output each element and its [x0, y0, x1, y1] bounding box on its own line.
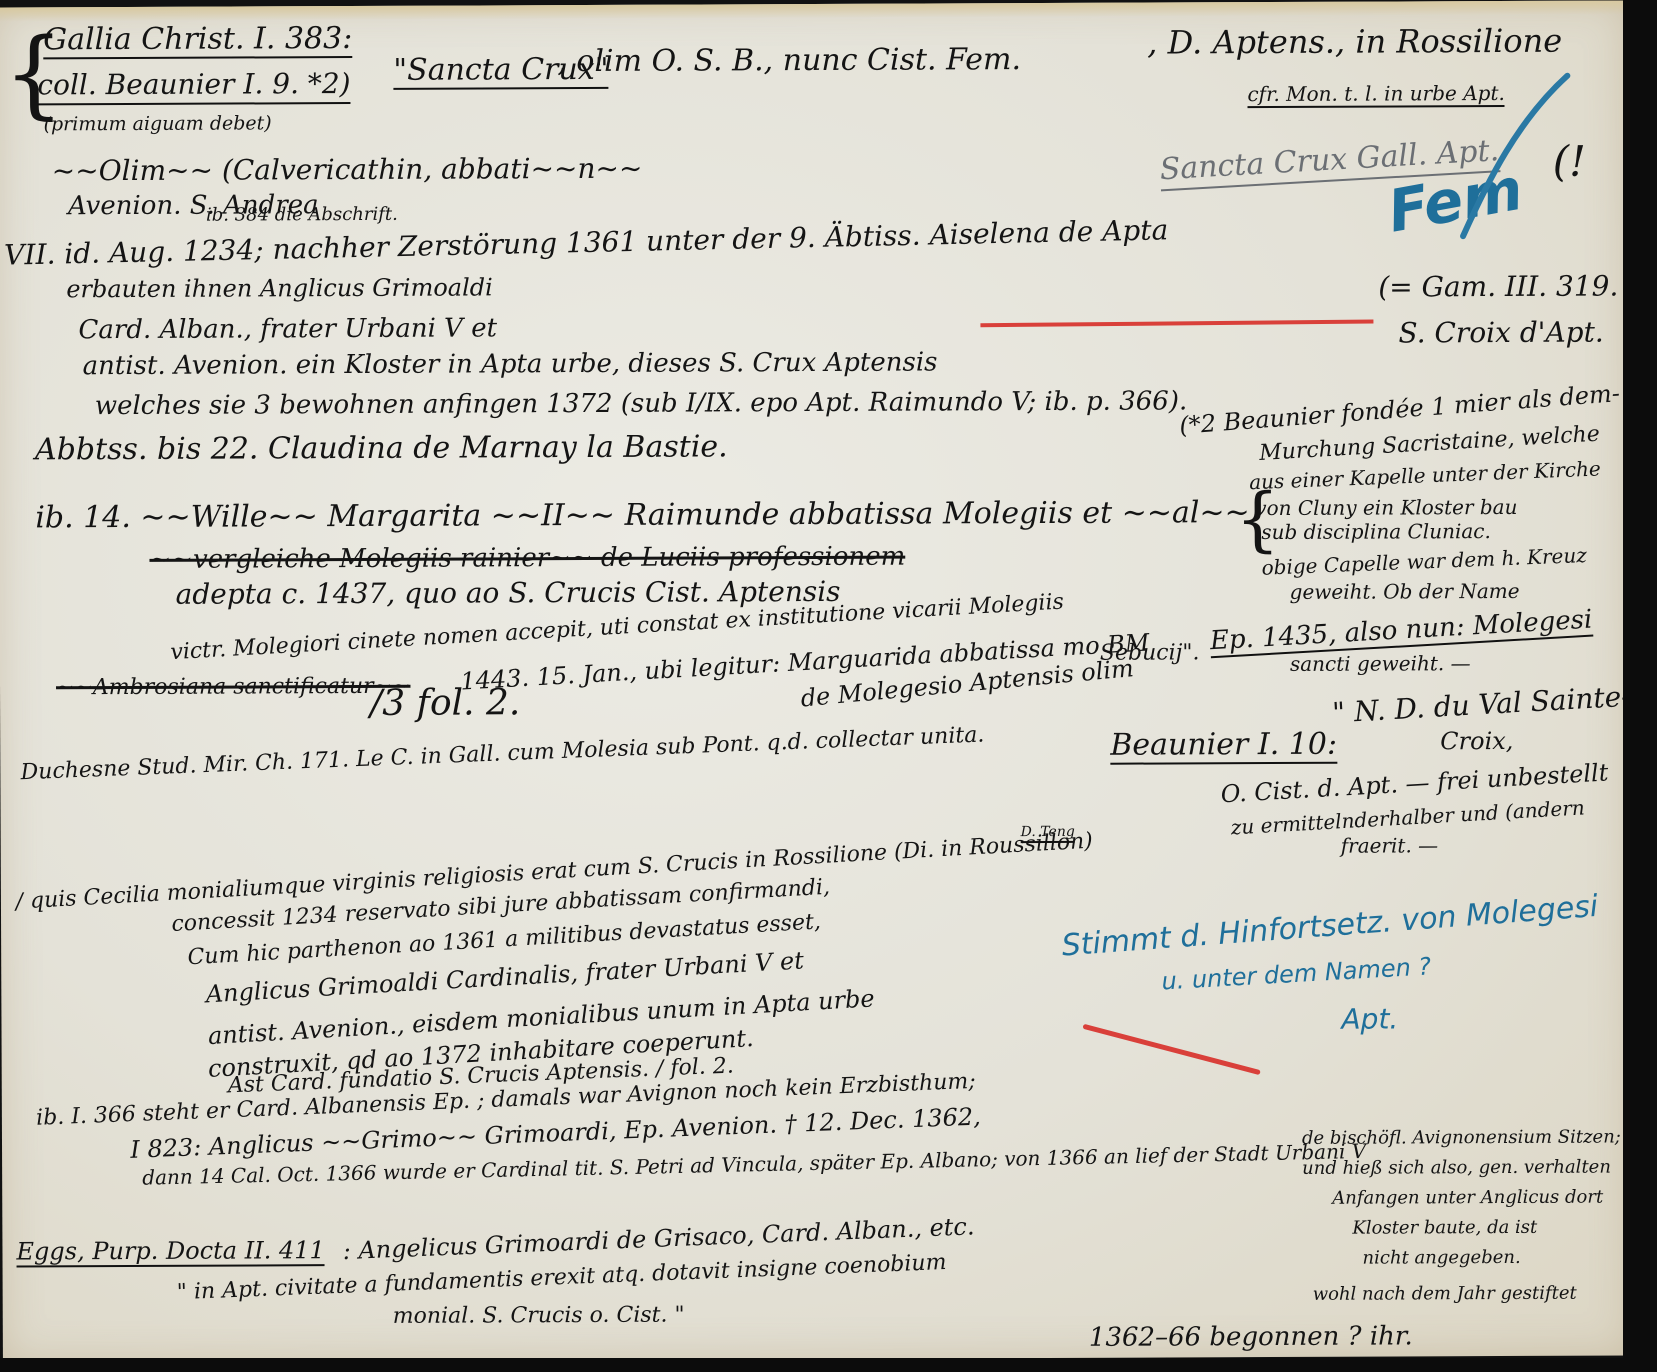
erbauten-line: erbauten ihnen Anglicus Grimoaldi: [66, 275, 493, 301]
duchesne-line: Duchesne Stud. Mir. Ch. 171. Le C. in Ga…: [20, 724, 984, 784]
primum-note: (primum aiguam debet): [44, 114, 272, 134]
adepta-1437-line: adepta c. 1437, quo ao S. Crucis Cist. A…: [176, 578, 841, 609]
struck-molegiis-line: ~~vergleiche Molegiis rainier~~ de Lucii…: [149, 544, 905, 573]
date-1362-66-note: 1362–66 begonnen ? ihr.: [1089, 1323, 1413, 1350]
croix-line: Croix,: [1440, 729, 1513, 753]
blue-note-line-2: u. unter dem Namen ?: [1161, 954, 1432, 993]
title-location: , D. Aptens., in Rossilione: [1147, 25, 1562, 59]
scan-edge-bottom: [0, 1358, 1657, 1372]
d-teng-tag: D. Teng: [1021, 825, 1075, 843]
abbess-claudina-line: Abbtss. bis 22. Claudina de Marnay la Ba…: [35, 432, 728, 465]
right-bottom-line-3: Anfangen unter Anglicus dort: [1332, 1189, 1603, 1208]
gam-319-note: (= Gam. III. 319.: [1378, 272, 1618, 301]
right-note-line-5: obige Capelle war dem h. Kreuz: [1261, 545, 1587, 578]
blue-note-text-1: Stimmt d. Hinfortsetz. von Molegesi: [1060, 889, 1599, 964]
antist-avenion-line: antist. Avenion. ein Kloster in Apta urb…: [83, 349, 938, 379]
scan-edge-right: [1623, 0, 1657, 1372]
eggs-ref: Eggs, Purp. Docta II. 411: [16, 1238, 324, 1267]
date-note-tail: ihr.: [1370, 1321, 1413, 1351]
right-note-line-6: geweiht. Ob der Name: [1290, 581, 1520, 602]
blue-note-line-1: Stimmt d. Hinfortsetz. von Molegesi: [1061, 892, 1599, 962]
right-note-line-8: sancti geweiht. —: [1290, 653, 1471, 674]
title-order: , olim O. S. B., nunc Cist. Fem.: [557, 45, 1021, 77]
aug-1234-line: VII. id. Aug. 1234; nachher Zerstörung 1…: [4, 216, 1169, 269]
bracket-mark: (!: [1553, 141, 1586, 183]
right-bottom-line-4: Kloster baute, da ist: [1352, 1219, 1537, 1238]
right-bottom-line-2: und hieß sich also, gen. verhalten: [1302, 1159, 1611, 1178]
fol-2-ref: /3 fol. 2.: [370, 685, 520, 722]
beaunier-ref-text: coll. Beaunier I. 9. *2): [37, 67, 350, 105]
right-note-line-4: sub disciplina Cluniac.: [1261, 521, 1491, 542]
beaunier-i-10-ref: Beaunier I. 10:: [1110, 730, 1337, 765]
right-note-line-3: von Cluny ein Kloster bau: [1255, 497, 1517, 518]
manuscript-page: { Gallia Christ. I. 383: coll. Beaunier …: [0, 0, 1631, 1362]
sebucij-line: Sebucij".: [1100, 642, 1200, 664]
right-bottom-line-5: nicht angegeben.: [1362, 1249, 1520, 1268]
beaunier-ref: coll. Beaunier I. 9. *2): [37, 70, 350, 99]
right-bottom-line-1: de bischöfl. Avignonensium Sitzen;: [1302, 1128, 1621, 1147]
ib-384-line: ib. 384 die Abschrift.: [206, 206, 398, 225]
fraerit-line: fraerit. —: [1341, 835, 1439, 855]
welches-1372-line: welches sie 3 bewohnen anfingen 1372 (su…: [95, 388, 1188, 419]
red-underline: [978, 318, 1378, 332]
nd-val-sainte-line: " N. D. du Val Sainte-: [1332, 683, 1632, 728]
struck-ambrosiana-line: ~~Ambrosiana sanctificatur~~: [56, 676, 411, 700]
s-croix-apt-note: S. Croix d'Apt.: [1398, 319, 1603, 348]
calvericathin-line: ~~Olim~~ (Calvericathin, abbati~~n~~: [52, 155, 643, 186]
gallia-christ-ref: Gallia Christ. I. 383:: [43, 24, 352, 59]
blue-note-line-3: Apt.: [1341, 1005, 1398, 1033]
margarita-line: ib. 14. ~~Wille~~ Margarita ~~II~~ Raimu…: [35, 498, 1250, 533]
right-bottom-line-6: wohl nach dem Jahr gestiftet: [1313, 1285, 1577, 1304]
date-note-text: 1362–66 begonnen ?: [1089, 1322, 1362, 1353]
card-alban-line: Card. Alban., frater Urbani V et: [78, 315, 497, 343]
red-slash-stroke: [1081, 1020, 1261, 1081]
duchesne-text: Duchesne Stud. Mir. Ch. 171. Le C. in Ga…: [20, 722, 985, 785]
eggs-quote-3: monial. S. Crucis o. Cist. ": [393, 1305, 685, 1328]
